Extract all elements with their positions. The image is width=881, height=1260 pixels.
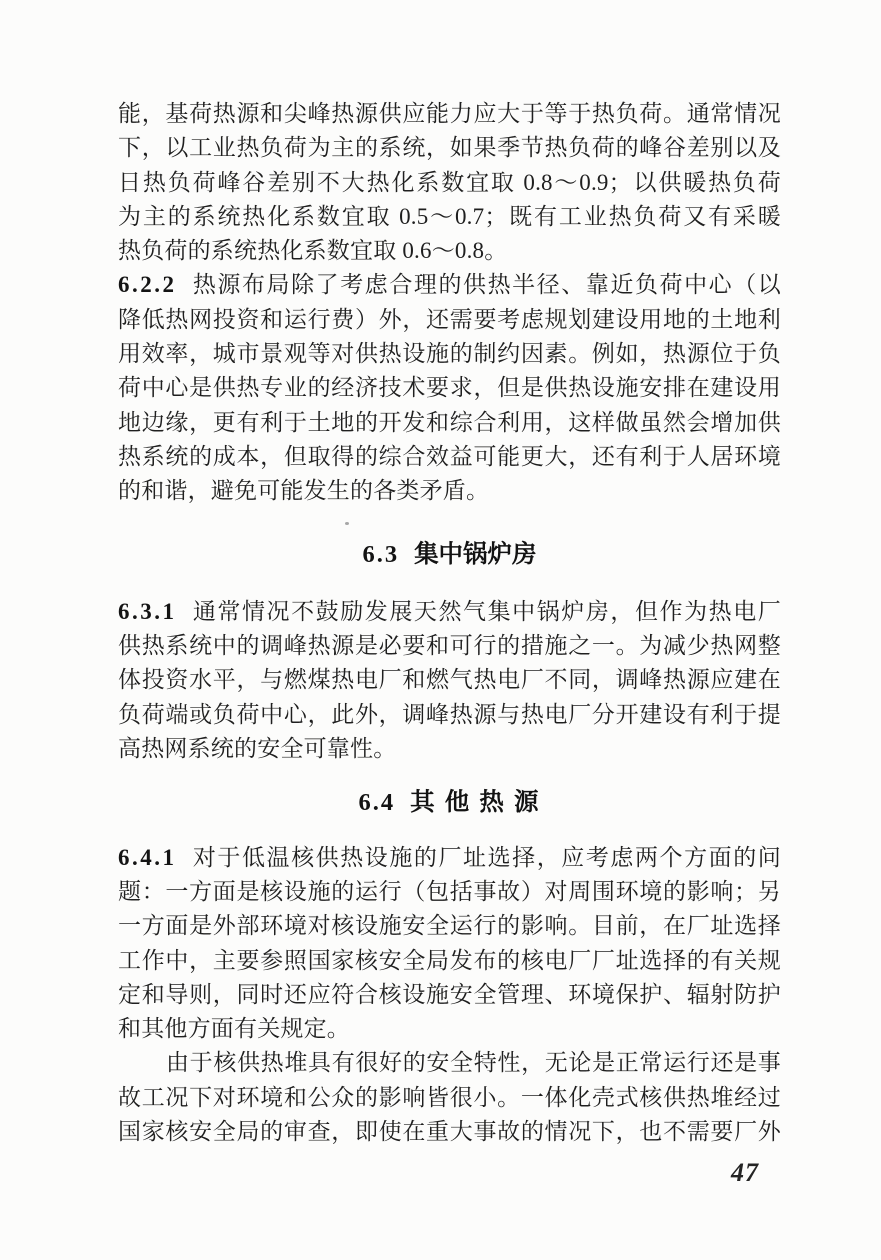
text-line: 热负荷的系统热化系数宜取 0.6～0.8。	[118, 234, 781, 268]
text-line: 的和谐，避免可能发生的各类矛盾。	[118, 474, 781, 508]
text-line: 降低热网投资和运行费）外，还需要考虑规划建设用地的土地利	[118, 303, 781, 337]
section-heading: 6.3集中锅炉房	[118, 538, 781, 572]
text-line: 工作中，主要参照国家核安全局发布的核电厂厂址选择的有关规	[118, 944, 781, 978]
text-line: 供热系统中的调峰热源是必要和可行的措施之一。为减少热网整	[118, 629, 781, 663]
text-line: 国家核安全局的审查，即使在重大事故的情况下，也不需要厂外	[118, 1115, 781, 1149]
clause-paragraph: 6.3.1通常情况不鼓励发展天然气集中锅炉房，但作为热电厂供热系统中的调峰热源是…	[118, 595, 781, 766]
text-line: 体投资水平，与燃煤热电厂和燃气热电厂不同，调峰热源应建在	[118, 663, 781, 697]
section-number: 6.3	[362, 541, 399, 568]
text-line: 由于核供热堆具有很好的安全特性，无论是正常运行还是事	[118, 1046, 781, 1080]
text-line: 定和导则，同时还应符合核设施安全管理、环境保护、辐射防护	[118, 978, 781, 1012]
text-line: 和其他方面有关规定。	[118, 1012, 781, 1046]
text-line: 故工况下对环境和公众的影响皆很小。一体化壳式核供热堆经过	[118, 1081, 781, 1115]
body-paragraph: 由于核供热堆具有很好的安全特性，无论是正常运行还是事故工况下对环境和公众的影响皆…	[118, 1046, 781, 1149]
text-line: 6.4.1对于低温核供热设施的厂址选择，应考虑两个方面的问	[118, 841, 781, 875]
clause-number: 6.3.1	[118, 599, 177, 624]
section-heading: 6.4其 他 热 源	[118, 786, 781, 820]
text-line: 下，以工业热负荷为主的系统，如果季节热负荷的峰谷差别以及	[118, 131, 781, 165]
document-page: 能，基荷热源和尖峰热源供应能力应大于等于热负荷。通常情况下，以工业热负荷为主的系…	[0, 0, 881, 1260]
text-line: 热系统的成本，但取得的综合效益可能更大，还有利于人居环境	[118, 440, 781, 474]
text-line: 为主的系统热化系数宜取 0.5～0.7；既有工业热负荷又有采暖	[118, 200, 781, 234]
text-column: 能，基荷热源和尖峰热源供应能力应大于等于热负荷。通常情况下，以工业热负荷为主的系…	[118, 97, 781, 1149]
section-title: 其 他 热 源	[410, 789, 540, 816]
text-line: 能，基荷热源和尖峰热源供应能力应大于等于热负荷。通常情况	[118, 97, 781, 131]
text-line: 高热网系统的安全可靠性。	[118, 732, 781, 766]
text-line: 日热负荷峰谷差别不大热化系数宜取 0.8～0.9；以供暖热负荷	[118, 166, 781, 200]
body-paragraph: 能，基荷热源和尖峰热源供应能力应大于等于热负荷。通常情况下，以工业热负荷为主的系…	[118, 97, 781, 268]
clause-number: 6.4.1	[118, 845, 177, 870]
text-line: 荷中心是供热专业的经济技术要求，但是供热设施安排在建设用	[118, 371, 781, 405]
text-line: 6.3.1通常情况不鼓励发展天然气集中锅炉房，但作为热电厂	[118, 595, 781, 629]
page-number: 47	[731, 1158, 759, 1188]
text-line: 题：一方面是核设施的运行（包括事故）对周围环境的影响；另	[118, 875, 781, 909]
text-line: 用效率，城市景观等对供热设施的制约因素。例如，热源位于负	[118, 337, 781, 371]
clause-paragraph: 6.4.1对于低温核供热设施的厂址选择，应考虑两个方面的问题：一方面是核设施的运…	[118, 841, 781, 1047]
text-line: 地边缘，更有利于土地的开发和综合利用，这样做虽然会增加供	[118, 406, 781, 440]
section-number: 6.4	[359, 789, 396, 816]
text-line: 负荷端或负荷中心，此外，调峰热源与热电厂分开建设有利于提	[118, 698, 781, 732]
clause-paragraph: 6.2.2热源布局除了考虑合理的供热半径、靠近负荷中心（以降低热网投资和运行费）…	[118, 268, 781, 508]
scan-speck-artifact	[345, 522, 349, 525]
clause-number: 6.2.2	[118, 272, 177, 297]
text-line: 6.2.2热源布局除了考虑合理的供热半径、靠近负荷中心（以	[118, 268, 781, 302]
section-title: 集中锅炉房	[414, 541, 537, 568]
text-line: 一方面是外部环境对核设施安全运行的影响。目前，在厂址选择	[118, 909, 781, 943]
